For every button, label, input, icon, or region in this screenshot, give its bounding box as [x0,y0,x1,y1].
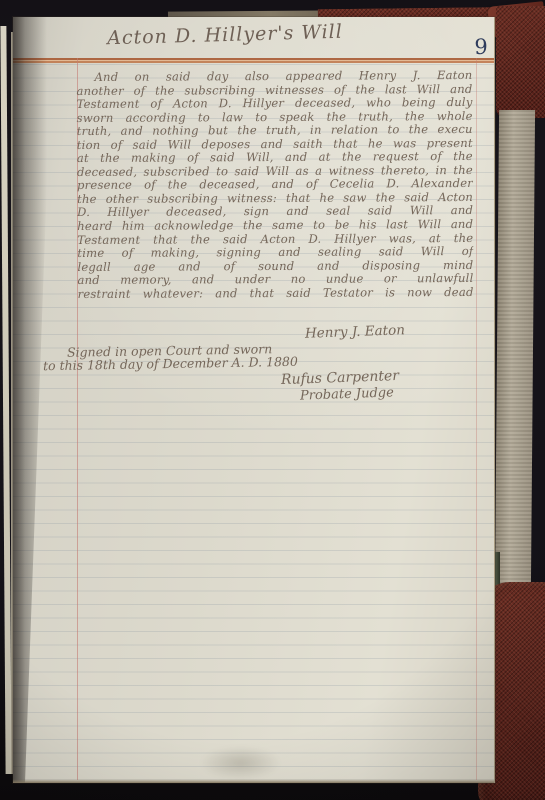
page-number: 9 [461,35,501,59]
right-margin-rule [476,58,477,780]
header-rule [13,58,494,65]
cloth-spine-strip [495,110,535,588]
leather-cover-right-top [496,6,545,118]
left-page-edges [0,26,11,774]
body-line: restraint whatever: and that said Testat… [78,286,474,302]
ledger-photo: 9 Acton D. Hillyer's Will And on said da… [0,0,545,800]
page-title: Acton D. Hillyer's Will [105,21,346,50]
testimony-paragraph: And on said day also appeared Henry J. E… [76,69,473,301]
page-bottom-edge [13,779,494,783]
gutter-shadow-inner [13,17,25,783]
ledger-page: 9 Acton D. Hillyer's Will And on said da… [13,17,495,783]
